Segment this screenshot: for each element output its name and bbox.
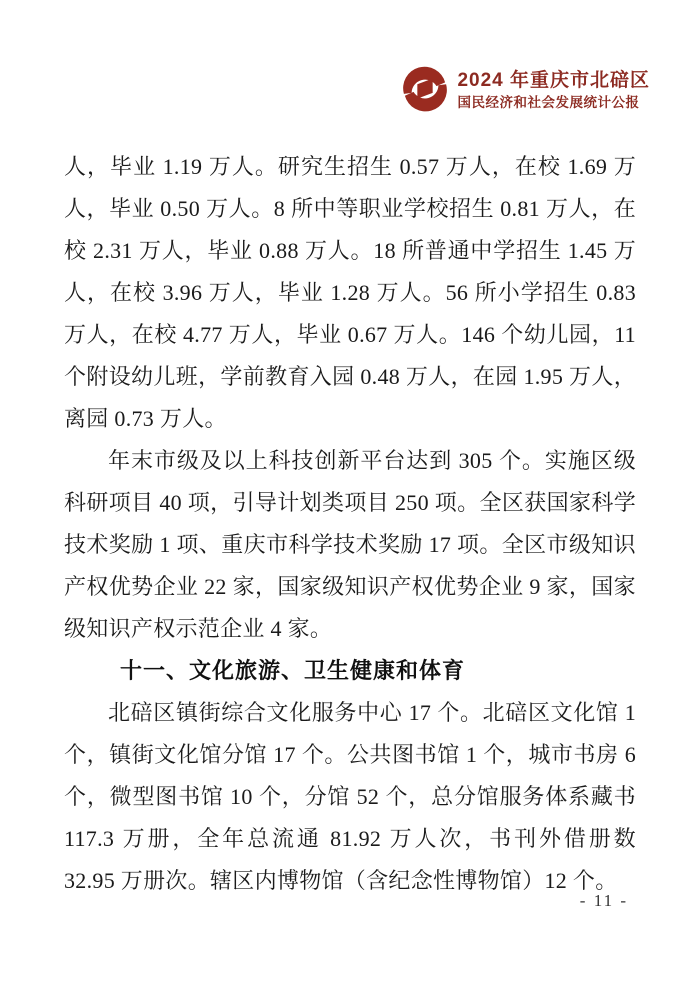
document-footer: - 11 - (580, 891, 628, 911)
header-titles: 2024 年重庆市北碚区 国民经济和社会发展统计公报 (457, 70, 650, 110)
header-title-year-region: 2024 年重庆市北碚区 (457, 70, 650, 92)
document-body: 人，毕业 1.19 万人。研究生招生 0.57 万人，在校 1.69 万人，毕业… (64, 146, 636, 902)
document-header: 2024 年重庆市北碚区 国民经济和社会发展统计公报 (402, 64, 650, 116)
paragraph-science-technology-statistics: 年末市级及以上科技创新平台达到 305 个。实施区级科研项目 40 项，引导计划… (64, 440, 636, 650)
red-swirl-logo-icon (402, 64, 448, 116)
paragraph-culture-statistics: 北碚区镇街综合文化服务中心 17 个。北碚区文化馆 1 个，镇街文化馆分馆 17… (64, 692, 636, 902)
header-title-bulletin-name: 国民经济和社会发展统计公报 (457, 95, 650, 111)
paragraph-education-statistics: 人，毕业 1.19 万人。研究生招生 0.57 万人，在校 1.69 万人，毕业… (64, 146, 636, 440)
page-number: - 11 - (580, 891, 628, 910)
header-brand: 2024 年重庆市北碚区 国民经济和社会发展统计公报 (402, 64, 650, 116)
document-page: 2024 年重庆市北碚区 国民经济和社会发展统计公报 人，毕业 1.19 万人。… (0, 0, 700, 983)
section-heading-culture-tourism-health-sports: 十一、文化旅游、卫生健康和体育 (64, 650, 636, 692)
